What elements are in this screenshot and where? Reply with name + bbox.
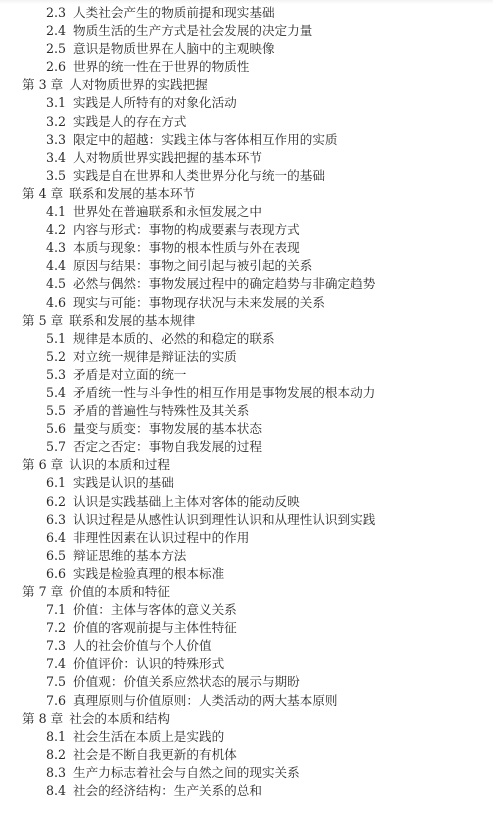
section-title: 本质与现象：事物的根本性质与外在表现: [73, 240, 300, 255]
section-number: 2.6: [46, 58, 66, 76]
section-number: 2.5: [46, 40, 66, 58]
section-title: 意识是物质世界在人脑中的主观映像: [73, 41, 275, 56]
section-number: 6.3: [46, 511, 66, 529]
section-number: 2.4: [46, 22, 66, 40]
toc-section-entry: 5.1规律是本质的、必然的和稳定的联系: [0, 330, 493, 348]
section-title: 实践是检验真理的根本标准: [73, 566, 224, 581]
section-number: 4.1: [46, 203, 66, 221]
section-number: 7.5: [46, 673, 66, 691]
toc-section-entry: 7.5价值观：价值关系应然状态的展示与期盼: [0, 673, 493, 691]
chapter-title: 社会的本质和结构: [69, 711, 170, 726]
section-number: 7.4: [46, 655, 66, 673]
chapter-number: 第 4 章: [22, 185, 63, 203]
toc-section-entry: 2.4物质生活的生产方式是社会发展的决定力量: [0, 22, 493, 40]
section-number: 4.5: [46, 275, 66, 293]
toc-section-entry: 5.2对立统一规律是辩证法的实质: [0, 348, 493, 366]
chapter-title: 价值的本质和特征: [69, 584, 170, 599]
section-number: 3.3: [46, 131, 66, 149]
toc-section-entry: 7.4价值评价：认识的特殊形式: [0, 655, 493, 673]
chapter-number: 第 5 章: [22, 312, 63, 330]
toc-section-entry: 5.6量变与质变：事物发展的基本状态: [0, 420, 493, 438]
section-number: 3.2: [46, 113, 66, 131]
toc-section-entry: 2.5意识是物质世界在人脑中的主观映像: [0, 40, 493, 58]
chapter-title: 联系和发展的基本环节: [69, 186, 195, 201]
section-title: 内容与形式：事物的构成要素与表现方式: [73, 222, 300, 237]
section-title: 原因与结果：事物之间引起与被引起的关系: [73, 258, 312, 273]
toc-chapter-heading: 第 4 章联系和发展的基本环节: [0, 185, 493, 203]
section-title: 人类社会产生的物质前提和现实基础: [73, 5, 275, 20]
section-title: 矛盾是对立面的统一: [73, 367, 186, 382]
section-title: 价值评价：认识的特殊形式: [73, 656, 224, 671]
toc-section-entry: 6.5辩证思维的基本方法: [0, 547, 493, 565]
section-title: 人的社会价值与个人价值: [73, 638, 212, 653]
section-number: 4.4: [46, 257, 66, 275]
section-title: 生产力标志着社会与自然之间的现实关系: [73, 765, 300, 780]
section-title: 规律是本质的、必然的和稳定的联系: [73, 331, 275, 346]
toc-section-entry: 8.4社会的经济结构：生产关系的总和: [0, 782, 493, 800]
section-number: 7.2: [46, 619, 66, 637]
section-title: 真理原则与价值原则：人类活动的两大基本原则: [73, 693, 337, 708]
section-number: 8.4: [46, 782, 66, 800]
section-title: 实践是人的存在方式: [73, 114, 186, 129]
section-number: 3.4: [46, 149, 66, 167]
toc-chapter-heading: 第 5 章联系和发展的基本规律: [0, 312, 493, 330]
section-title: 实践是人所特有的对象化活动: [73, 95, 237, 110]
section-number: 5.2: [46, 348, 66, 366]
toc-section-entry: 3.5实践是自在世界和人类世界分化与统一的基础: [0, 167, 493, 185]
chapter-title: 联系和发展的基本规律: [69, 313, 195, 328]
toc-chapter-heading: 第 3 章人对物质世界的实践把握: [0, 76, 493, 94]
section-title: 社会的经济结构：生产关系的总和: [73, 783, 262, 798]
section-number: 4.2: [46, 221, 66, 239]
toc-section-entry: 2.6世界的统一性在于世界的物质性: [0, 58, 493, 76]
section-title: 辩证思维的基本方法: [73, 548, 186, 563]
section-title: 实践是自在世界和人类世界分化与统一的基础: [73, 168, 325, 183]
section-title: 社会是不断自我更新的有机体: [73, 747, 237, 762]
toc-section-entry: 6.1实践是认识的基础: [0, 474, 493, 492]
toc-section-entry: 5.7否定之否定：事物自我发展的过程: [0, 438, 493, 456]
section-number: 7.6: [46, 692, 66, 710]
section-number: 8.3: [46, 764, 66, 782]
section-number: 8.2: [46, 746, 66, 764]
section-number: 5.6: [46, 420, 66, 438]
toc-section-entry: 2.3人类社会产生的物质前提和现实基础: [0, 4, 493, 22]
section-title: 社会生活在本质上是实践的: [73, 729, 224, 744]
toc-section-entry: 5.5矛盾的普遍性与特殊性及其关系: [0, 402, 493, 420]
section-number: 5.3: [46, 366, 66, 384]
toc-section-entry: 3.4人对物质世界实践把握的基本环节: [0, 149, 493, 167]
section-title: 现实与可能：事物现存状况与未来发展的关系: [73, 295, 325, 310]
toc-section-entry: 4.1世界处在普遍联系和永恒发展之中: [0, 203, 493, 221]
section-title: 量变与质变：事物发展的基本状态: [73, 421, 262, 436]
section-number: 4.6: [46, 294, 66, 312]
section-number: 7.3: [46, 637, 66, 655]
toc-section-entry: 4.6现实与可能：事物现存状况与未来发展的关系: [0, 294, 493, 312]
section-title: 世界处在普遍联系和永恒发展之中: [73, 204, 262, 219]
section-title: 矛盾统一性与斗争性的相互作用是事物发展的根本动力: [73, 385, 375, 400]
section-number: 6.4: [46, 529, 66, 547]
section-number: 6.1: [46, 474, 66, 492]
toc-section-entry: 6.4非理性因素在认识过程中的作用: [0, 529, 493, 547]
toc-chapter-heading: 第 7 章价值的本质和特征: [0, 583, 493, 601]
toc-section-entry: 5.3矛盾是对立面的统一: [0, 366, 493, 384]
toc-section-entry: 4.5必然与偶然：事物发展过程中的确定趋势与非确定趋势: [0, 275, 493, 293]
section-title: 物质生活的生产方式是社会发展的决定力量: [73, 23, 312, 38]
chapter-title: 人对物质世界的实践把握: [69, 77, 208, 92]
toc-section-entry: 6.2认识是实践基础上主体对客体的能动反映: [0, 493, 493, 511]
section-title: 人对物质世界实践把握的基本环节: [73, 150, 262, 165]
section-number: 3.5: [46, 167, 66, 185]
toc-section-entry: 4.2内容与形式：事物的构成要素与表现方式: [0, 221, 493, 239]
toc-section-entry: 7.3人的社会价值与个人价值: [0, 637, 493, 655]
table-of-contents: 2.3人类社会产生的物质前提和现实基础2.4物质生活的生产方式是社会发展的决定力…: [0, 4, 493, 800]
toc-chapter-heading: 第 8 章社会的本质和结构: [0, 710, 493, 728]
section-title: 价值的客观前提与主体性特征: [73, 620, 237, 635]
chapter-number: 第 7 章: [22, 583, 63, 601]
section-title: 矛盾的普遍性与特殊性及其关系: [73, 403, 249, 418]
section-title: 对立统一规律是辩证法的实质: [73, 349, 237, 364]
toc-section-entry: 8.3生产力标志着社会与自然之间的现实关系: [0, 764, 493, 782]
toc-section-entry: 8.2社会是不断自我更新的有机体: [0, 746, 493, 764]
toc-section-entry: 3.1实践是人所特有的对象化活动: [0, 94, 493, 112]
toc-section-entry: 8.1社会生活在本质上是实践的: [0, 728, 493, 746]
section-number: 5.7: [46, 438, 66, 456]
chapter-number: 第 6 章: [22, 456, 63, 474]
section-number: 5.1: [46, 330, 66, 348]
toc-section-entry: 3.2实践是人的存在方式: [0, 113, 493, 131]
toc-section-entry: 7.2价值的客观前提与主体性特征: [0, 619, 493, 637]
section-title: 必然与偶然：事物发展过程中的确定趋势与非确定趋势: [73, 276, 375, 291]
section-number: 6.5: [46, 547, 66, 565]
section-number: 5.4: [46, 384, 66, 402]
section-number: 4.3: [46, 239, 66, 257]
toc-section-entry: 4.3本质与现象：事物的根本性质与外在表现: [0, 239, 493, 257]
section-number: 6.2: [46, 493, 66, 511]
section-title: 价值观：价值关系应然状态的展示与期盼: [73, 674, 300, 689]
toc-section-entry: 4.4原因与结果：事物之间引起与被引起的关系: [0, 257, 493, 275]
section-number: 5.5: [46, 402, 66, 420]
section-title: 非理性因素在认识过程中的作用: [73, 530, 249, 545]
toc-chapter-heading: 第 6 章认识的本质和过程: [0, 456, 493, 474]
section-title: 认识过程是从感性认识到理性认识和从理性认识到实践: [73, 512, 375, 527]
section-title: 世界的统一性在于世界的物质性: [73, 59, 249, 74]
section-title: 限定中的超越：实践主体与客体相互作用的实质: [73, 132, 337, 147]
section-title: 认识是实践基础上主体对客体的能动反映: [73, 494, 300, 509]
section-title: 实践是认识的基础: [73, 475, 174, 490]
chapter-number: 第 3 章: [22, 76, 63, 94]
section-title: 否定之否定：事物自我发展的过程: [73, 439, 262, 454]
toc-section-entry: 5.4矛盾统一性与斗争性的相互作用是事物发展的根本动力: [0, 384, 493, 402]
toc-section-entry: 6.6实践是检验真理的根本标准: [0, 565, 493, 583]
chapter-number: 第 8 章: [22, 710, 63, 728]
toc-section-entry: 7.6真理原则与价值原则：人类活动的两大基本原则: [0, 692, 493, 710]
toc-section-entry: 3.3限定中的超越：实践主体与客体相互作用的实质: [0, 131, 493, 149]
section-number: 7.1: [46, 601, 66, 619]
toc-section-entry: 6.3认识过程是从感性认识到理性认识和从理性认识到实践: [0, 511, 493, 529]
chapter-title: 认识的本质和过程: [69, 457, 170, 472]
section-number: 6.6: [46, 565, 66, 583]
section-number: 2.3: [46, 4, 66, 22]
section-title: 价值：主体与客体的意义关系: [73, 602, 237, 617]
section-number: 8.1: [46, 728, 66, 746]
section-number: 3.1: [46, 94, 66, 112]
toc-section-entry: 7.1价值：主体与客体的意义关系: [0, 601, 493, 619]
